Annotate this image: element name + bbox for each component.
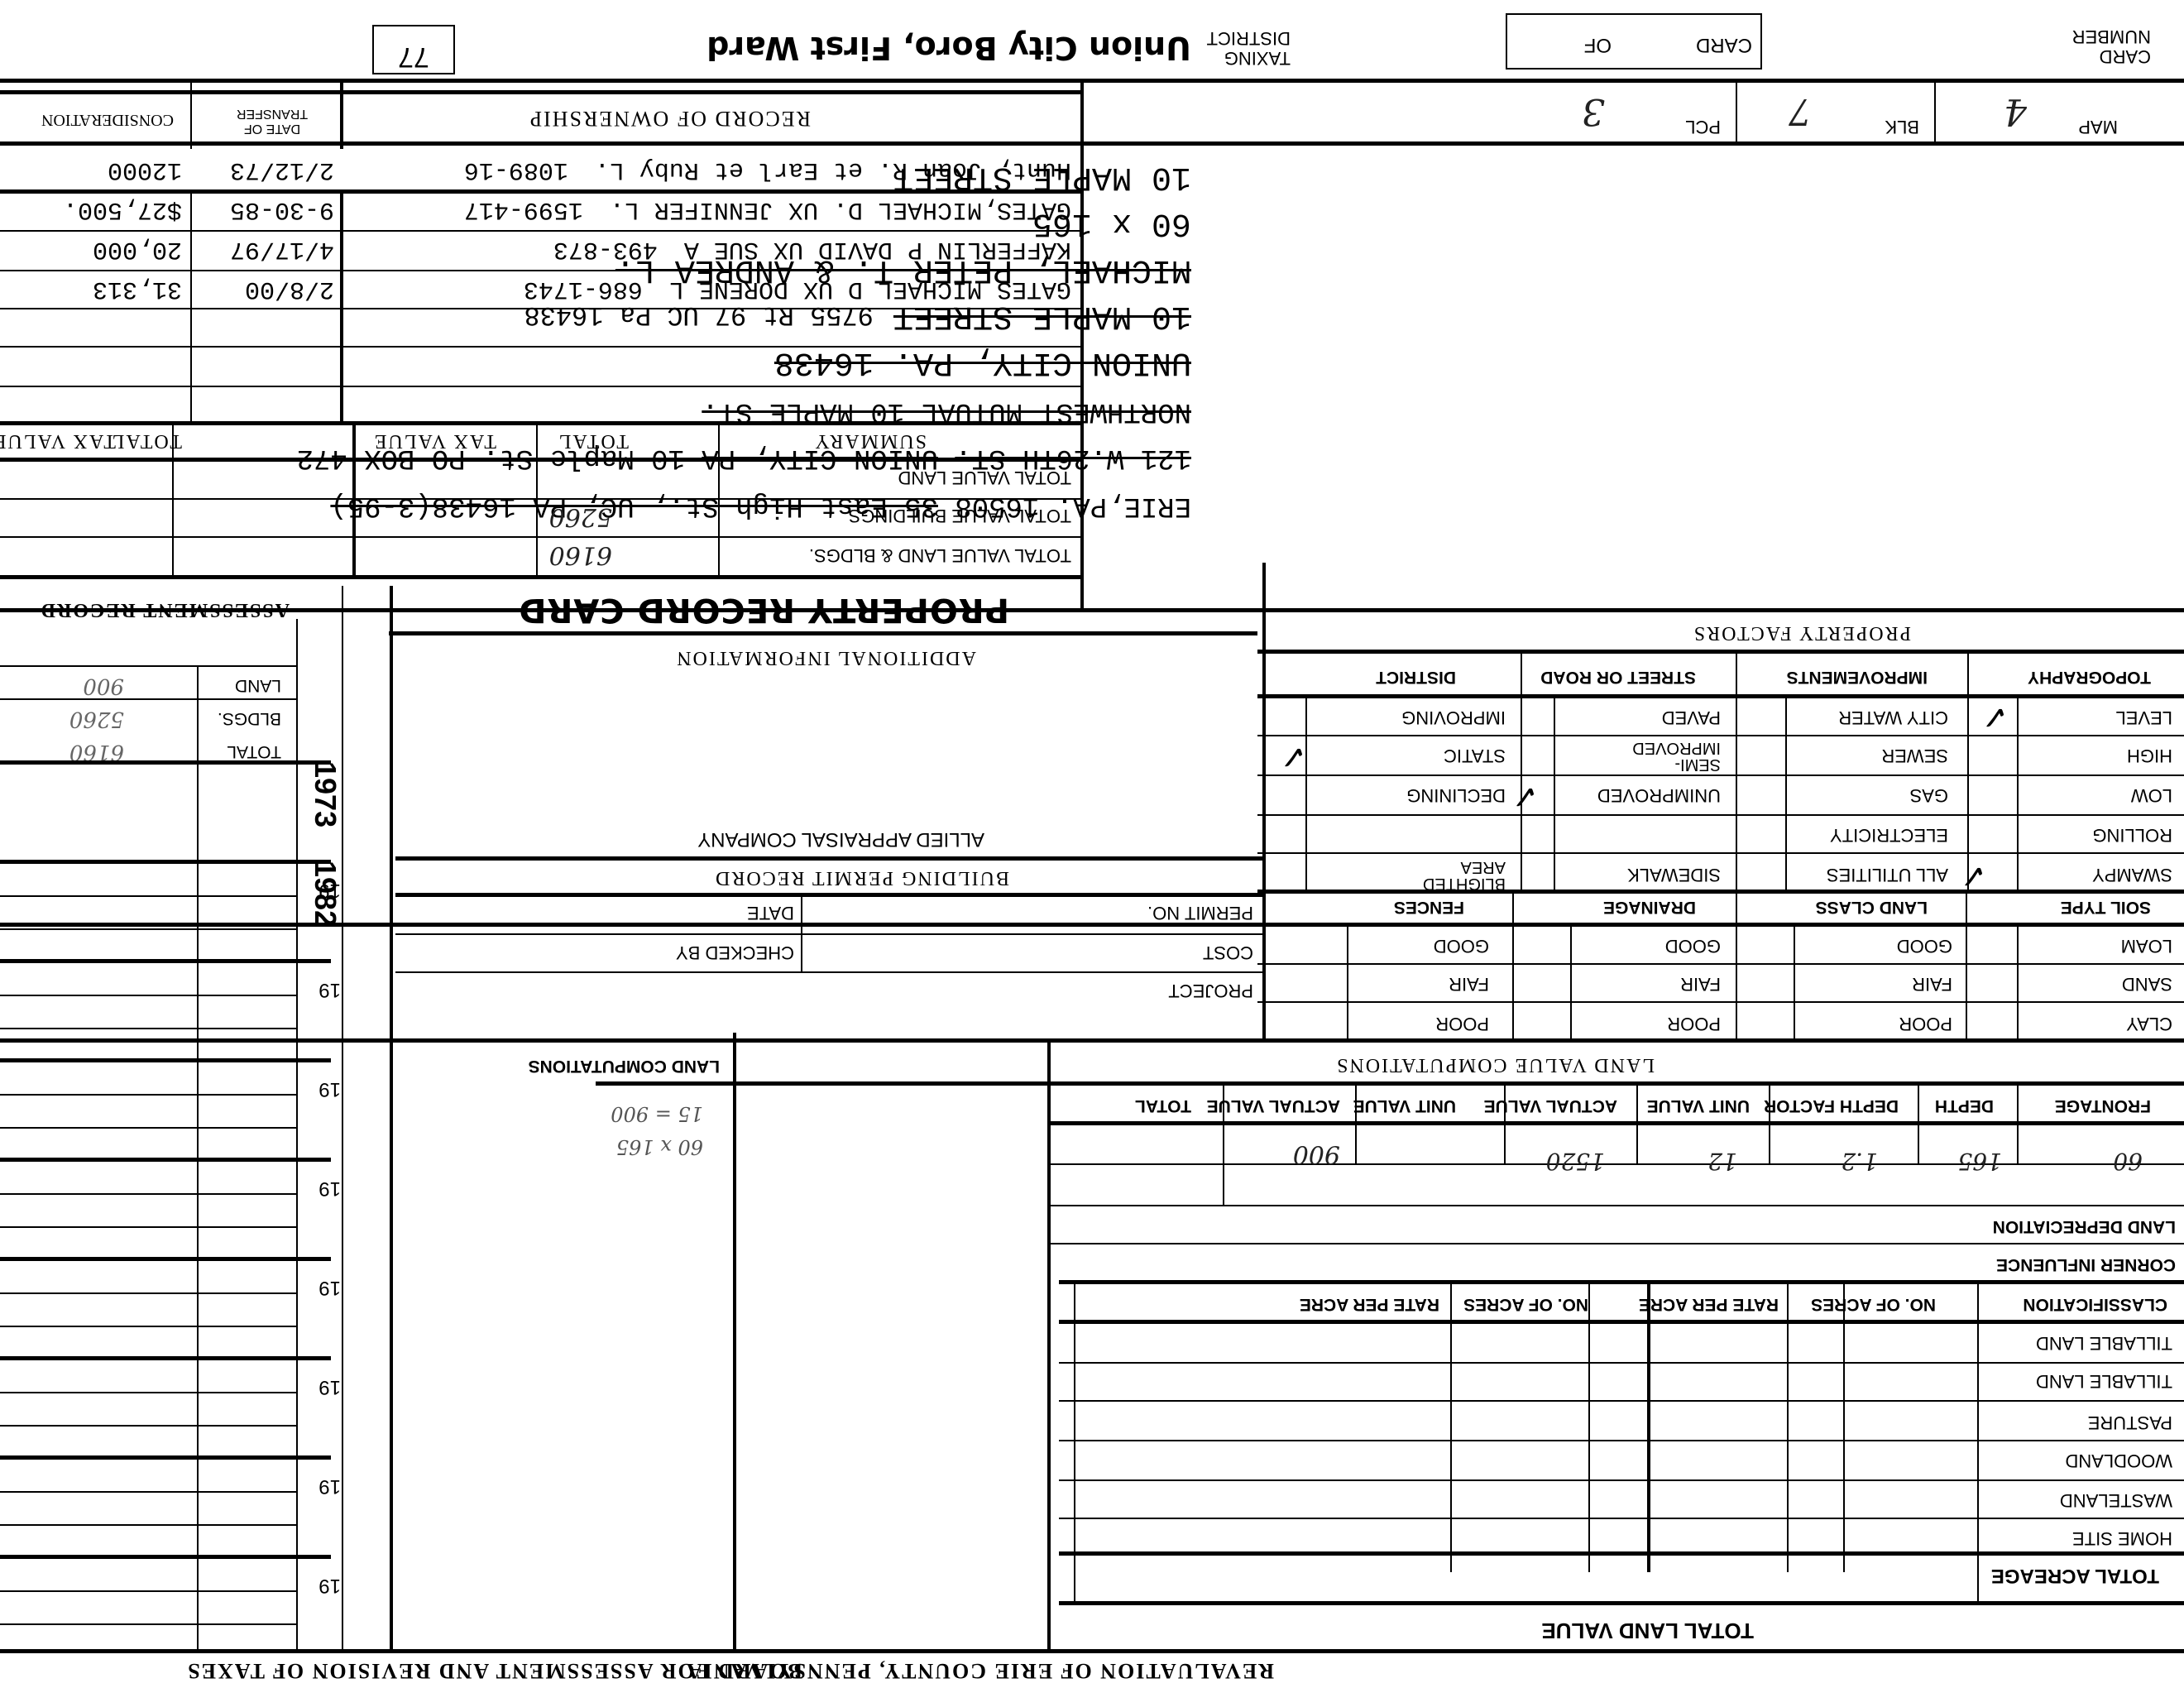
district-improving: IMPROVING: [1401, 707, 1506, 728]
drainage-header: DRAINAGE: [1603, 897, 1696, 917]
topo-rolling: ROLLING: [2092, 824, 2172, 846]
deed-book-page: 493-873: [553, 235, 658, 263]
col-unit-value-2: UNIT VALUE: [1353, 1096, 1456, 1115]
land-value-computations-title: LAND VALUE COMPUTATIONS: [1335, 1053, 1655, 1076]
total-land-value-label: TOTAL LAND VALUE: [1541, 1618, 1754, 1643]
card-label: CARD: [1696, 33, 1752, 56]
row-woodland: WOODLAND: [2065, 1450, 2172, 1471]
checkmark-icon: ✓: [1980, 700, 2009, 733]
col-rate-per-acre-2: RATE PER ACRE: [1300, 1294, 1439, 1314]
col-unit-value-1: UNIT VALUE: [1647, 1096, 1750, 1115]
col-depth-factor: DEPTH FACTOR: [1764, 1096, 1899, 1115]
street-sidewalk: SIDEWALK: [1627, 864, 1721, 885]
district-header: DISTRICT: [1376, 667, 1456, 687]
property-factors-title: PROPERTY FACTORS: [1693, 621, 1911, 644]
col-total-1: TOTAL: [1135, 1096, 1191, 1115]
year-prefix: 19: [318, 1475, 341, 1498]
impr-city-water: CITY WATER: [1838, 707, 1948, 728]
topography-header: TOPOGRAPHY: [2028, 667, 2151, 687]
summary-total-value-land-bldgs: TOTAL VALUE LAND & BLDGS.: [809, 544, 1071, 566]
improvements-header: IMPROVEMENTS: [1787, 667, 1928, 687]
ownership-row: KAFFERLIN P DAVID UX SUE A 493-873: [343, 235, 1071, 263]
row-wasteland: WASTELAND: [2060, 1489, 2172, 1511]
property-record-card-title: PROPERTY RECORD CARD: [518, 591, 1009, 629]
deed-book-page: 1599-417: [464, 195, 583, 223]
owner-name: KAFFERLIN P DAVID UX SUE A: [684, 235, 1071, 263]
col-rate-per-acre-1: RATE PER ACRE: [1639, 1294, 1779, 1314]
stamped-year: 1973: [308, 761, 342, 827]
header-right-title: BOARD FOR ASSESSMENT AND REVISION OF TAX…: [186, 1658, 802, 1683]
ownership-row: GATES,MICHAEL D. UX JENNIFER L. 1599-417: [343, 195, 1071, 223]
property-record-card: REVALUATION OF ERIE COUNTY, PENNSYLVANIA…: [0, 0, 2184, 1688]
summary-col-tax-value-2: TAX VALUE: [0, 429, 116, 452]
depth-factor-value: 1.2: [1841, 1148, 1878, 1175]
summary-total-value-buildings: TOTAL VALUE BUILDINGS: [849, 505, 1071, 526]
owner-name: GATES,MICHAEL D. UX JENNIFER L.: [610, 195, 1071, 223]
depth-value: 165: [1958, 1148, 2002, 1175]
soil-clay: CLAY: [2126, 1013, 2172, 1034]
summary-total-value-land: TOTAL VALUE LAND: [898, 467, 1071, 488]
consideration-value: 20,000: [93, 235, 182, 263]
assess-bldgs-label: BLDGS.: [218, 708, 281, 728]
transfer-date: 9-30-85: [230, 195, 334, 223]
year-prefix: 19: [318, 978, 341, 1001]
total-acreage-label: TOTAL ACREAGE: [1991, 1564, 2159, 1587]
year-prefix: 19: [318, 1077, 341, 1101]
impr-electricity: ELECTRICITY: [1830, 824, 1948, 846]
assessment-record-title: ASSESSMENT RECORD: [40, 598, 290, 621]
consideration-value: $27,500.: [63, 195, 182, 223]
ownership-row: Hunt, Joan R. et Earl et Ruby L. 1089-16: [343, 156, 1071, 184]
box-number-value: 77: [398, 41, 429, 73]
classification-header: CLASSIFICATION: [2023, 1294, 2167, 1314]
row-pasture: PASTURE: [2088, 1412, 2172, 1433]
soil-sand: SAND: [2122, 973, 2172, 995]
col-actual-value-2: ACTUAL VALUE: [1207, 1096, 1340, 1115]
consideration-value: 31,313: [93, 275, 182, 303]
checkmark-icon: ✓: [1959, 859, 1987, 892]
drainage-good: GOOD: [1665, 935, 1721, 957]
project-label: PROJECT: [1168, 980, 1253, 1001]
actual-value-value: 1520: [1546, 1148, 1605, 1175]
map-value: 4: [2004, 90, 2027, 132]
address-line-union-city: UNION CITY, PA. 16438: [774, 343, 1191, 381]
col-date-of-transfer: DATE OF TRANSFER: [210, 106, 334, 136]
soil-loam: LOAM: [2121, 935, 2172, 957]
year-prefix: 19: [318, 1574, 341, 1597]
landclass-good: GOOD: [1897, 935, 1952, 957]
checked-by-label: CHECKED BY: [676, 942, 794, 963]
blk-value: 7: [1789, 90, 1812, 132]
land-computations-title: LAND COMPUTATIONS: [529, 1056, 720, 1076]
fences-good: GOOD: [1434, 935, 1489, 957]
deed-book-page: 1089-16: [464, 156, 568, 184]
assess-total-label: TOTAL: [227, 741, 281, 761]
checkmark-icon: ✓: [1511, 779, 1539, 813]
address-text: 9755 Rt 97 UC Pa 16438: [524, 300, 873, 330]
fences-fair: FAIR: [1449, 973, 1489, 995]
total-value-cell: 900: [1293, 1139, 1340, 1168]
row-tillable-land-1: TILLABLE LAND: [2036, 1332, 2172, 1354]
year-prefix: 19: [318, 879, 341, 902]
row-tillable-land-2: TILLABLE LAND: [2036, 1370, 2172, 1392]
transfer-date: 2/12/73: [230, 156, 334, 184]
drainage-fair: FAIR: [1680, 973, 1721, 995]
taxing-district-value: Union City Boro, First Ward: [706, 30, 1191, 66]
row-home-site: HOME SITE: [2072, 1527, 2172, 1549]
date-label: DATE: [747, 902, 794, 923]
pcl-value: 3: [1582, 90, 1605, 132]
card-of-box: CARD OF: [1506, 13, 1762, 70]
ownership-row: GATES MICHAEL D UX DORENE L 686-1743: [343, 275, 1071, 303]
topo-level: LEVEL: [2116, 707, 2173, 728]
summary-col-tax-value: TAX VALUE: [373, 429, 496, 452]
summary-buildings-total: 5260: [549, 502, 612, 531]
landclass-fair: FAIR: [1912, 973, 1952, 995]
assess-bldgs-value: 5260: [69, 707, 124, 731]
assess-land-value: 900: [83, 674, 124, 698]
building-permit-title: BUILDING PERMIT RECORD: [714, 866, 1009, 889]
landclass-poor: POOR: [1899, 1013, 1952, 1034]
permit-no-label: PERMIT NO.: [1147, 902, 1253, 923]
street-unimproved: UNIMPROVED: [1597, 784, 1721, 806]
taxing-district-label: TAXING DISTRICT: [1208, 28, 1291, 68]
district-static: STATIC: [1444, 745, 1506, 766]
additional-info-title: ADDITIONAL INFORMATION: [675, 646, 976, 669]
cost-label: COST: [1203, 942, 1253, 963]
assess-land-label: LAND: [235, 675, 281, 695]
ownership-title: RECORD OF OWNERSHIP: [529, 106, 811, 131]
summary-land-bldgs-total: 6160: [549, 540, 612, 569]
corner-influence-label: CORNER INFLUENCE: [1996, 1254, 2176, 1274]
fences-header: FENCES: [1394, 897, 1464, 917]
fences-poor: POOR: [1435, 1013, 1489, 1034]
impr-all-utilities: ALL UTILITIES: [1827, 864, 1948, 885]
street-or-road-header: STREET OR ROAD: [1540, 667, 1696, 687]
of-label: OF: [1584, 33, 1612, 56]
appraisal-company: ALLIED APPRAISAL COMPANY: [697, 827, 984, 851]
map-label: MAP: [2078, 116, 2118, 137]
year-prefix: 19: [318, 1276, 341, 1299]
year-prefix: 19: [318, 1177, 341, 1200]
owner-name: Hunt, Joan R. et Earl et Ruby L.: [595, 156, 1071, 184]
summary-title: SUMMARY: [813, 429, 927, 452]
col-no-of-acres-1: NO. OF ACRES: [1811, 1294, 1936, 1314]
district-blighted-area: BLIGHTED AREA: [1406, 859, 1506, 892]
land-class-header: LAND CLASS: [1816, 897, 1928, 917]
topo-swampy: SWAMPY: [2092, 864, 2172, 885]
owner-name: GATES MICHAEL D UX DORENE L: [669, 275, 1071, 303]
land-computation-note: 15 = 900: [611, 1102, 703, 1125]
consideration-value: 12000: [108, 156, 182, 184]
summary-col-total: TOTAL: [558, 429, 629, 452]
card-box-number: 77: [372, 25, 455, 74]
transfer-date: 2/8/00: [245, 275, 334, 303]
pcl-label: PCL: [1685, 116, 1721, 137]
land-computation-note: 60 x 165: [616, 1135, 703, 1158]
impr-gas: GAS: [1910, 784, 1948, 806]
land-depreciation-label: LAND DEPRECIATION: [1993, 1216, 2176, 1236]
drainage-poor: POOR: [1667, 1013, 1721, 1034]
col-no-of-acres-2: NO. OF ACRES: [1463, 1294, 1588, 1314]
card-number-label: CARD NUMBER: [2085, 26, 2151, 66]
soil-type-header: SOIL TYPE: [2061, 897, 2151, 917]
checkmark-icon: ✓: [1279, 740, 1307, 773]
unit-value-value: 12: [1707, 1148, 1737, 1175]
street-paved: PAVED: [1662, 707, 1721, 728]
col-depth: DEPTH: [1935, 1096, 1994, 1115]
topo-low: LOW: [2131, 784, 2172, 806]
col-frontage: FRONTAGE: [2055, 1096, 2151, 1115]
street-semi-improved: SEMI-IMPROVED: [1621, 740, 1721, 773]
transfer-date: 4/17/97: [230, 235, 334, 263]
district-declining: DECLINING: [1406, 784, 1506, 806]
frontage-value: 60: [2113, 1148, 2143, 1175]
address-struck: 35 East High St., UC, PA 16438(3-95): [330, 490, 938, 521]
topo-high: HIGH: [2127, 745, 2172, 766]
deed-book-page: 686-1743: [524, 275, 643, 303]
blk-label: BLK: [1885, 116, 1919, 137]
impr-sewer: SEWER: [1881, 745, 1948, 766]
col-consideration: CONSIDERATION: [41, 110, 174, 129]
year-prefix: 19: [318, 1375, 341, 1398]
